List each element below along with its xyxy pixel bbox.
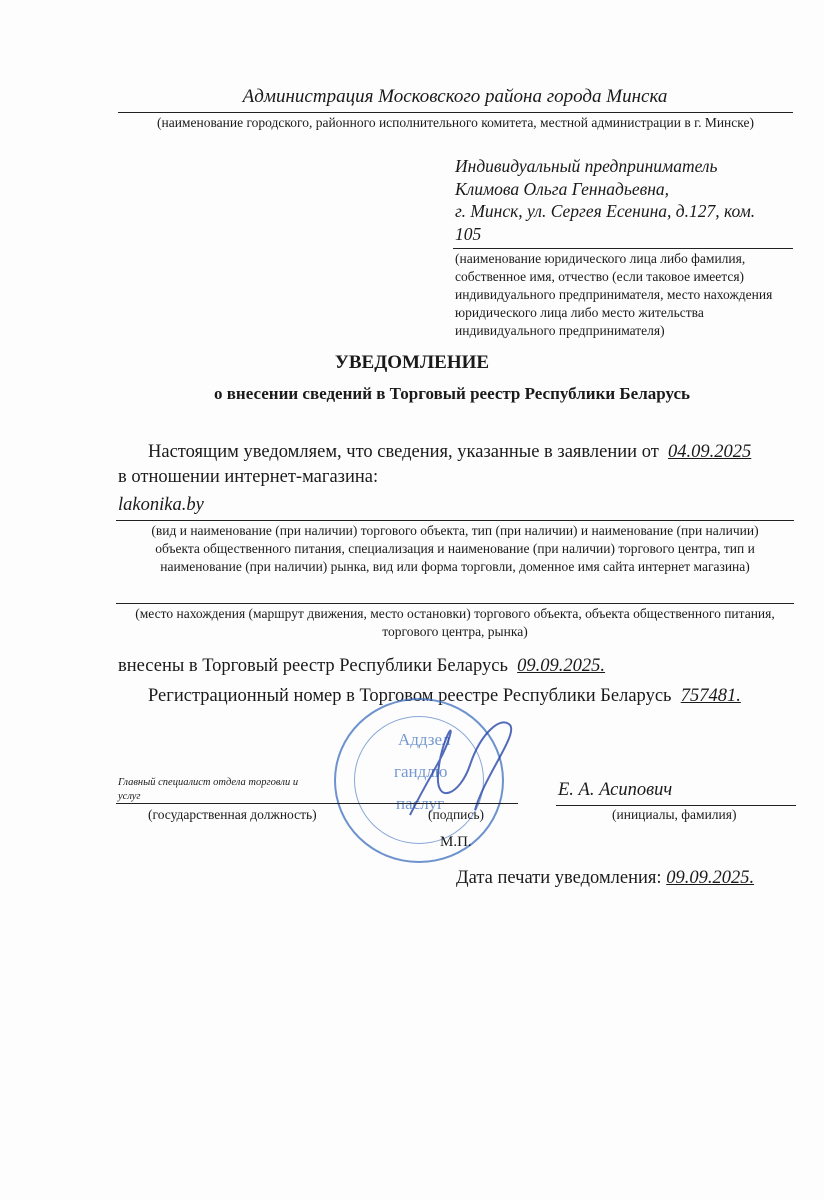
position-line: услуг bbox=[118, 790, 298, 804]
authority-name: Администрация Московского района города … bbox=[120, 86, 790, 108]
divider bbox=[116, 520, 794, 521]
caption-line: индивидуального предпринимателя) bbox=[455, 322, 800, 340]
caption-line: индивидуального предпринимателя, место н… bbox=[455, 286, 800, 304]
entered-text: внесены в Торговый реестр Республики Бел… bbox=[118, 656, 508, 676]
application-date: 04.09.2025 bbox=[668, 442, 751, 462]
caption-line: (наименование юридического лица либо фам… bbox=[455, 250, 800, 268]
intro-cont: в отношении интернет-магазина: bbox=[118, 467, 378, 488]
recipient-line: г. Минск, ул. Сергея Есенина, д.127, ком… bbox=[455, 200, 800, 223]
name-caption: (инициалы, фамилия) bbox=[612, 806, 736, 824]
print-date-line: Дата печати уведомления: 09.09.2025. bbox=[456, 868, 754, 889]
caption-line: юридического лица либо место жительства bbox=[455, 304, 800, 322]
entered-line: внесены в Торговый реестр Республики Бел… bbox=[118, 656, 605, 677]
divider bbox=[116, 603, 794, 604]
seal-label: М.П. bbox=[440, 834, 472, 851]
recipient-line: Климова Ольга Геннадьевна, bbox=[455, 178, 800, 201]
recipient-line: 105 bbox=[455, 223, 800, 246]
position-caption: (государственная должность) bbox=[148, 806, 317, 824]
object-name: lakonika.by bbox=[118, 495, 204, 516]
reg-number: 757481. bbox=[681, 686, 741, 706]
recipient-line: Индивидуальный предприниматель bbox=[455, 155, 800, 178]
caption-line: (место нахождения (маршрут движения, мес… bbox=[116, 605, 794, 623]
caption-line: (вид и наименование (при наличии) торгов… bbox=[116, 522, 794, 540]
document-subtitle: о внесении сведений в Торговый реестр Ре… bbox=[0, 384, 824, 404]
document-title: УВЕДОМЛЕНИЕ bbox=[0, 352, 824, 374]
authority-caption: (наименование городского, районного испо… bbox=[118, 114, 793, 132]
divider bbox=[118, 112, 793, 113]
recipient-block: Индивидуальный предприниматель Климова О… bbox=[455, 155, 800, 245]
print-date: 09.09.2025. bbox=[666, 868, 754, 888]
print-date-label: Дата печати уведомления: bbox=[456, 868, 662, 888]
position-line: Главный специалист отдела торговли и bbox=[118, 776, 298, 790]
recipient-caption: (наименование юридического лица либо фам… bbox=[455, 250, 800, 340]
intro-line: Настоящим уведомляем, что сведения, указ… bbox=[148, 442, 751, 463]
divider bbox=[453, 248, 793, 249]
caption-line: наименование (при наличии) рынка, вид ил… bbox=[116, 558, 794, 576]
caption-line: объекта общественного питания, специализ… bbox=[116, 540, 794, 558]
entered-date: 09.09.2025. bbox=[517, 656, 605, 676]
intro-text: Настоящим уведомляем, что сведения, указ… bbox=[148, 442, 659, 462]
caption-line: торгового центра, рынка) bbox=[116, 623, 794, 641]
signature-caption: (подпись) bbox=[428, 806, 484, 824]
signer-name: Е. А. Асипович bbox=[558, 780, 672, 801]
divider bbox=[116, 803, 518, 804]
caption-line: собственное имя, отчество (если таковое … bbox=[455, 268, 800, 286]
position-title: Главный специалист отдела торговли и усл… bbox=[118, 776, 298, 804]
object-caption: (вид и наименование (при наличии) торгов… bbox=[116, 522, 794, 576]
location-caption: (место нахождения (маршрут движения, мес… bbox=[116, 605, 794, 641]
